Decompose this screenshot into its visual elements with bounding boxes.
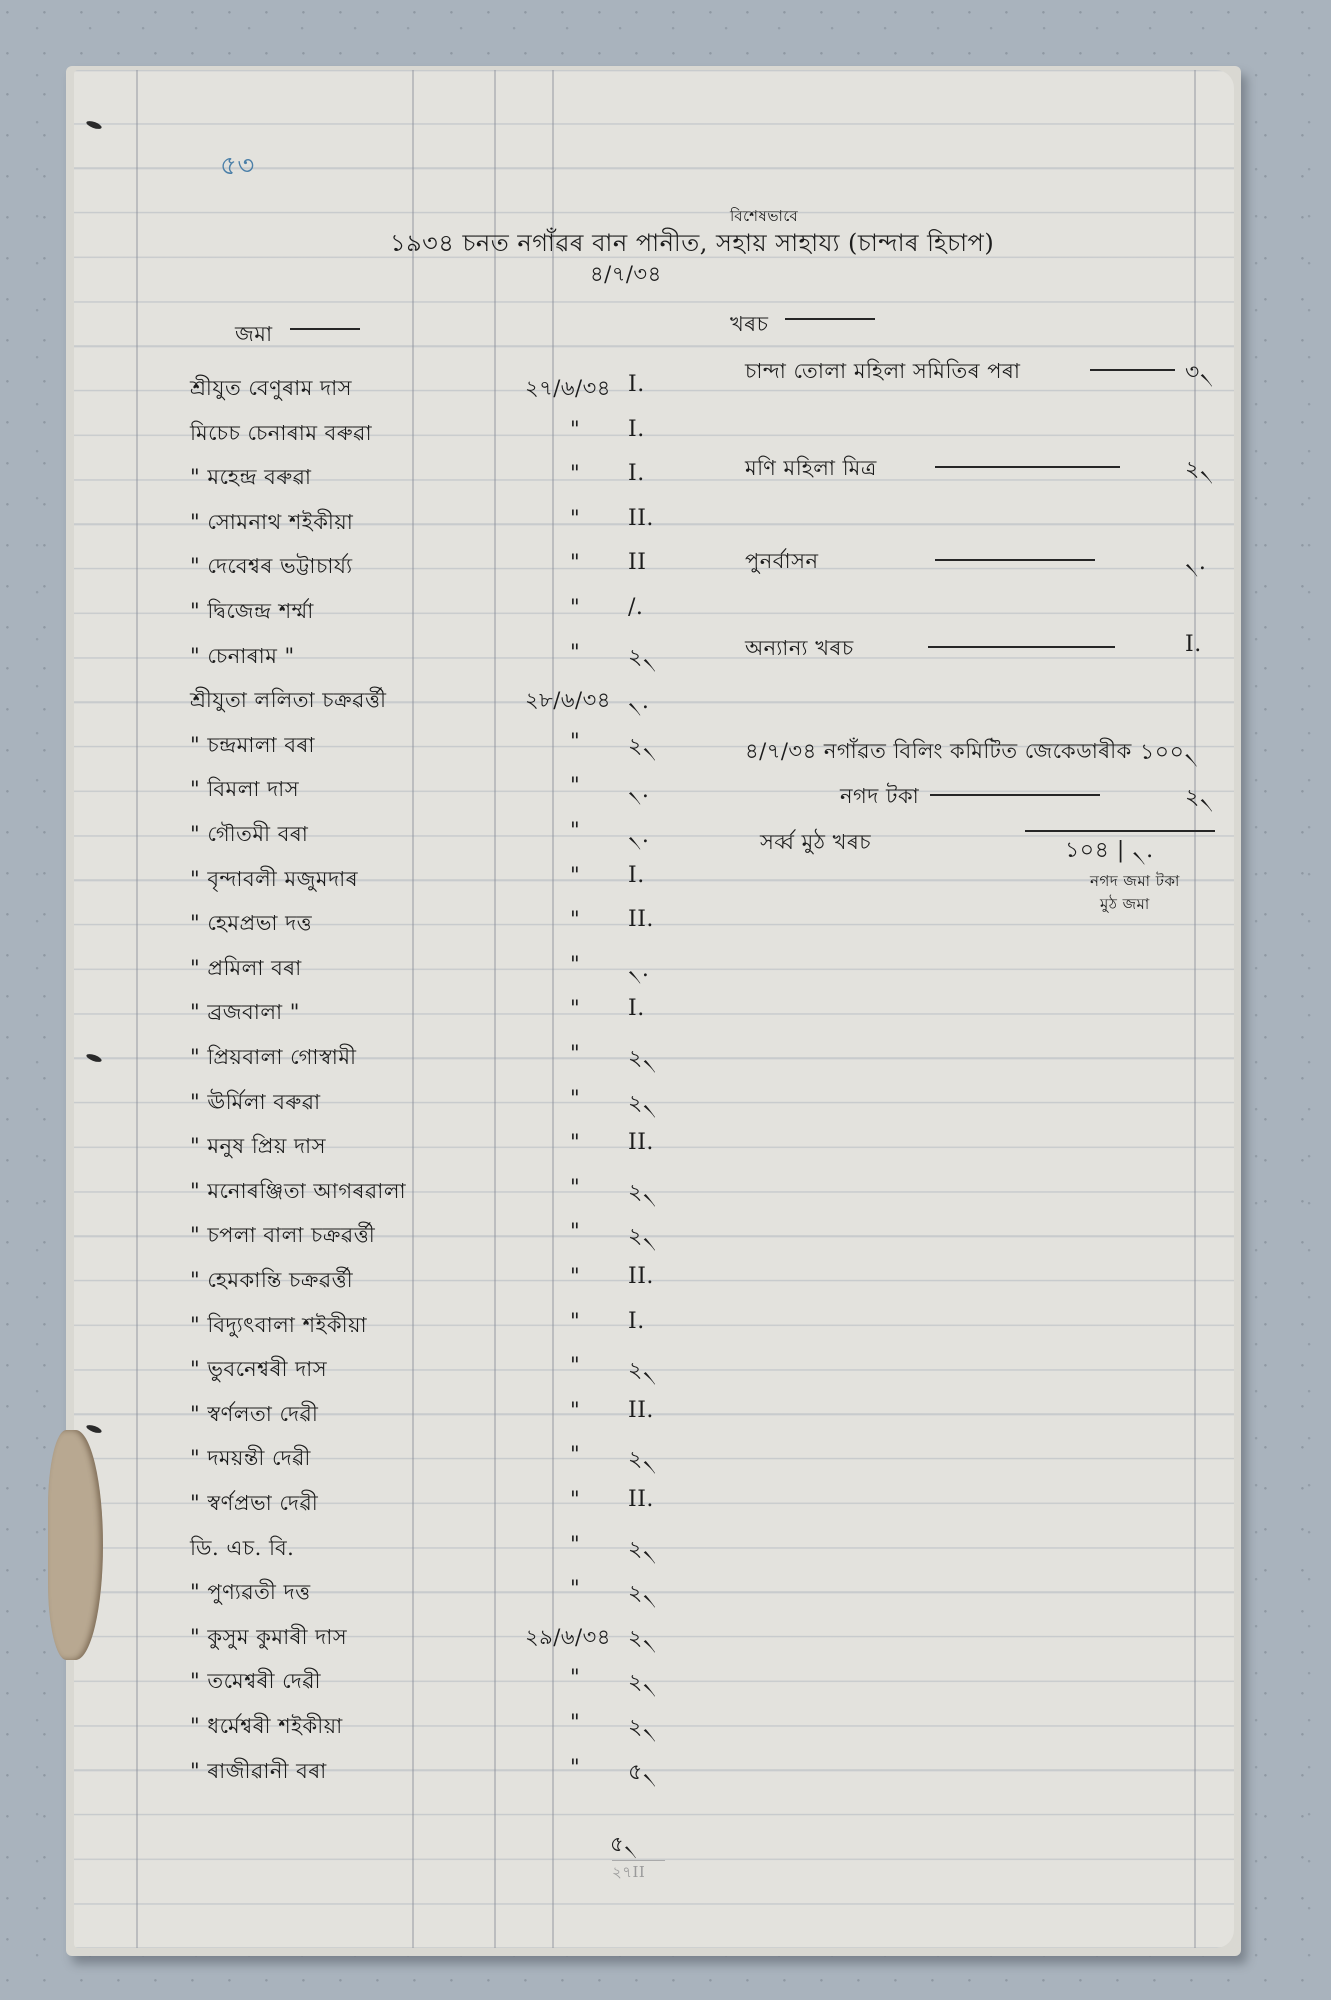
income-date: " — [570, 1264, 580, 1288]
income-date: " — [570, 818, 580, 842]
income-date: " — [570, 907, 580, 931]
income-amount: I. — [628, 1309, 645, 1334]
page-title: ১৯৩৪ চনত নগাঁৱৰ বান পানীত, সহায় সাহায্য… — [390, 225, 994, 265]
income-date: " — [570, 1175, 580, 1199]
footer-amount: ৫৲ — [610, 1828, 637, 1863]
income-amount: ২৲ — [628, 1175, 657, 1212]
income-date: " — [570, 1710, 580, 1734]
income-date: " — [570, 1755, 580, 1779]
income-amount: ২৲ — [628, 1041, 657, 1078]
income-name: " চপলা বালা চক্ৰৱৰ্ত্তী — [190, 1219, 375, 1254]
income-amount: ২৲ — [628, 1442, 657, 1479]
leader-line — [935, 559, 1095, 561]
income-amount: II — [628, 550, 646, 575]
income-amount: ২৲ — [628, 1353, 657, 1390]
income-date: " — [570, 550, 580, 574]
income-date: " — [570, 729, 580, 753]
income-date: ২৯/৬/৩৪ — [525, 1621, 611, 1656]
income-date: " — [570, 1398, 580, 1422]
income-name: " ৰাজীৱানী বৰা — [190, 1755, 327, 1790]
income-date: " — [570, 1086, 580, 1110]
income-amount: ২৲ — [628, 1621, 657, 1658]
column-divider-expense — [552, 70, 554, 1948]
income-name: " মনোৰঞ্জিতা আগৰৱালা — [190, 1175, 406, 1210]
torn-edge — [48, 1430, 103, 1660]
income-name: " তমেশ্বৰী দেৱী — [190, 1665, 321, 1700]
header-underline — [785, 318, 875, 320]
income-amount: ৫৲ — [628, 1755, 657, 1792]
income-amount: ২৲ — [628, 1710, 657, 1747]
income-name: " হেমপ্ৰভা দত্ত — [190, 907, 312, 942]
total-note-2: মুঠ জমা — [1100, 893, 1150, 918]
income-date: " — [570, 1309, 580, 1333]
income-name: " ব্ৰজবালা " — [190, 996, 300, 1031]
income-name: " বিদ্যুৎবালা শইকীয়া — [190, 1309, 367, 1344]
expense-label: চান্দা তোলা মহিলা সমিতিৰ পৰা — [745, 355, 1020, 390]
income-amount: ৲. — [628, 952, 649, 989]
income-amount: ২৲ — [628, 1219, 657, 1256]
income-date: ২৮/৬/৩৪ — [525, 684, 611, 719]
expense-amount: I. — [1185, 632, 1202, 657]
total-rule — [1025, 830, 1215, 832]
income-amount: ৲. — [628, 684, 649, 721]
income-amount: ২৲ — [628, 640, 657, 677]
income-name: মিচেচ চেনাৰাম বৰুৱা — [190, 417, 372, 452]
income-name: " দময়ন্তী দেৱী — [190, 1442, 311, 1477]
income-date: " — [570, 595, 580, 619]
margin-line — [136, 70, 138, 1948]
income-date: " — [570, 1487, 580, 1511]
column-divider-date — [412, 70, 414, 1948]
income-name: " হেমকান্তি চক্ৰৱৰ্ত্তী — [190, 1264, 353, 1299]
expense-amount: ৲. — [1185, 545, 1206, 582]
income-name: " চন্দ্ৰমালা বৰা — [190, 729, 315, 764]
income-date: " — [570, 1041, 580, 1065]
income-name: " প্ৰমিলা বৰা — [190, 952, 302, 987]
income-amount: II. — [628, 506, 654, 531]
expense-label: ৪/৭/৩৪ নগাঁৱত বিলিং কমিটিত জেকেডাৰীক — [745, 735, 1132, 770]
income-name: " মনুষ প্ৰিয় দাস — [190, 1130, 326, 1165]
expense-label: মণি মহিলা মিত্ৰ — [745, 452, 877, 487]
header-underline — [290, 328, 360, 330]
income-name: " ভুবনেশ্বৰী দাস — [190, 1353, 327, 1388]
income-name: ডি. এচ. বি. — [190, 1532, 294, 1567]
income-date: " — [570, 1665, 580, 1689]
income-amount: /. — [628, 595, 643, 620]
page-number-mark: ৫৩ — [220, 145, 255, 189]
income-date: " — [570, 996, 580, 1020]
leader-line — [1090, 369, 1175, 371]
income-name: " চেনাৰাম " — [190, 640, 295, 675]
punch-hole — [85, 119, 102, 130]
income-amount: II. — [628, 1130, 654, 1155]
punch-hole — [85, 1052, 102, 1063]
income-amount: I. — [628, 417, 645, 442]
expense-amount: ২৲ — [1185, 452, 1214, 489]
income-name: " পুণ্যৱতী দত্ত — [190, 1576, 311, 1611]
income-amount: ৲. — [628, 773, 649, 810]
income-date: " — [570, 1442, 580, 1466]
income-name: " দ্বিজেন্দ্ৰ শৰ্ম্মা — [190, 595, 314, 630]
income-date: " — [570, 506, 580, 530]
expense-amount: ১০০৲ — [1140, 735, 1198, 772]
leader-line — [935, 466, 1120, 468]
income-amount: ২৲ — [628, 1665, 657, 1702]
punch-hole — [85, 1423, 102, 1434]
income-amount: ২৲ — [628, 1576, 657, 1613]
income-name: " ঊৰ্মিলা বৰুৱা — [190, 1086, 321, 1121]
stamp-number: ২৭II — [612, 1860, 665, 1886]
income-date: " — [570, 1130, 580, 1154]
expense-label: অন্যান্য খৰচ — [745, 632, 854, 667]
expense-header: খৰচ — [730, 308, 768, 343]
income-date: " — [570, 1576, 580, 1600]
income-header: জমা — [235, 318, 273, 353]
income-name: " প্ৰিয়বালা গোস্বামী — [190, 1041, 357, 1076]
income-amount: I. — [628, 372, 645, 397]
income-date: " — [570, 1219, 580, 1243]
income-date: " — [570, 461, 580, 485]
income-date: " — [570, 863, 580, 887]
income-amount: I. — [628, 461, 645, 486]
income-date: " — [570, 952, 580, 976]
income-name: " গৌতমী বৰা — [190, 818, 308, 853]
income-name: " বৃন্দাবলী মজুমদাৰ — [190, 863, 358, 898]
income-name: " সোমনাথ শইকীয়া — [190, 506, 353, 541]
income-name: শ্ৰীযুতা ললিতা চক্ৰৱৰ্ত্তী — [190, 684, 387, 719]
income-amount: II. — [628, 907, 654, 932]
grand-total: ১০৪ | ৲. — [1065, 833, 1154, 870]
income-name: " স্বৰ্ণলতা দেৱী — [190, 1398, 318, 1433]
income-amount: I. — [628, 863, 645, 888]
expense-label: নগদ টকা — [840, 780, 919, 815]
income-date: ২৭/৬/৩৪ — [525, 372, 611, 407]
expense-amount: ৩৲ — [1185, 355, 1214, 392]
column-divider-amount — [494, 70, 496, 1948]
right-margin-line — [1194, 70, 1196, 1948]
income-amount: ২৲ — [628, 1532, 657, 1569]
income-amount: ২৲ — [628, 1086, 657, 1123]
income-name: " দেবেশ্বৰ ভট্টাচাৰ্য্য — [190, 550, 353, 585]
income-amount: I. — [628, 996, 645, 1021]
income-name: " ধৰ্মেশ্বৰী শইকীয়া — [190, 1710, 343, 1745]
income-amount: II. — [628, 1398, 654, 1423]
income-amount: ৲. — [628, 818, 649, 855]
income-date: " — [570, 417, 580, 441]
income-date: " — [570, 773, 580, 797]
expense-label: সৰ্ব্ব মুঠ খৰচ — [760, 826, 871, 861]
expense-label: পুনৰ্বাসন — [745, 545, 818, 580]
leader-line — [928, 646, 1115, 648]
income-name: শ্ৰীযুত বেণুৰাম দাস — [190, 372, 352, 407]
income-amount: II. — [628, 1264, 654, 1289]
expense-amount: ২৲ — [1185, 780, 1214, 817]
income-amount: II. — [628, 1487, 654, 1512]
income-date: " — [570, 640, 580, 664]
income-amount: ২৲ — [628, 729, 657, 766]
total-note-1: নগদ জমা টকা — [1090, 870, 1180, 895]
income-name: " কুসুম কুমাৰী দাস — [190, 1621, 347, 1656]
income-date: " — [570, 1532, 580, 1556]
income-name: " বিমলা দাস — [190, 773, 299, 808]
income-name: " স্বৰ্ণপ্ৰভা দেৱী — [190, 1487, 318, 1522]
leader-line — [930, 794, 1100, 796]
income-name: " মহেন্দ্ৰ বৰুৱা — [190, 461, 312, 496]
title-date: ৪/৭/৩৪ — [590, 258, 662, 293]
income-date: " — [570, 1353, 580, 1377]
